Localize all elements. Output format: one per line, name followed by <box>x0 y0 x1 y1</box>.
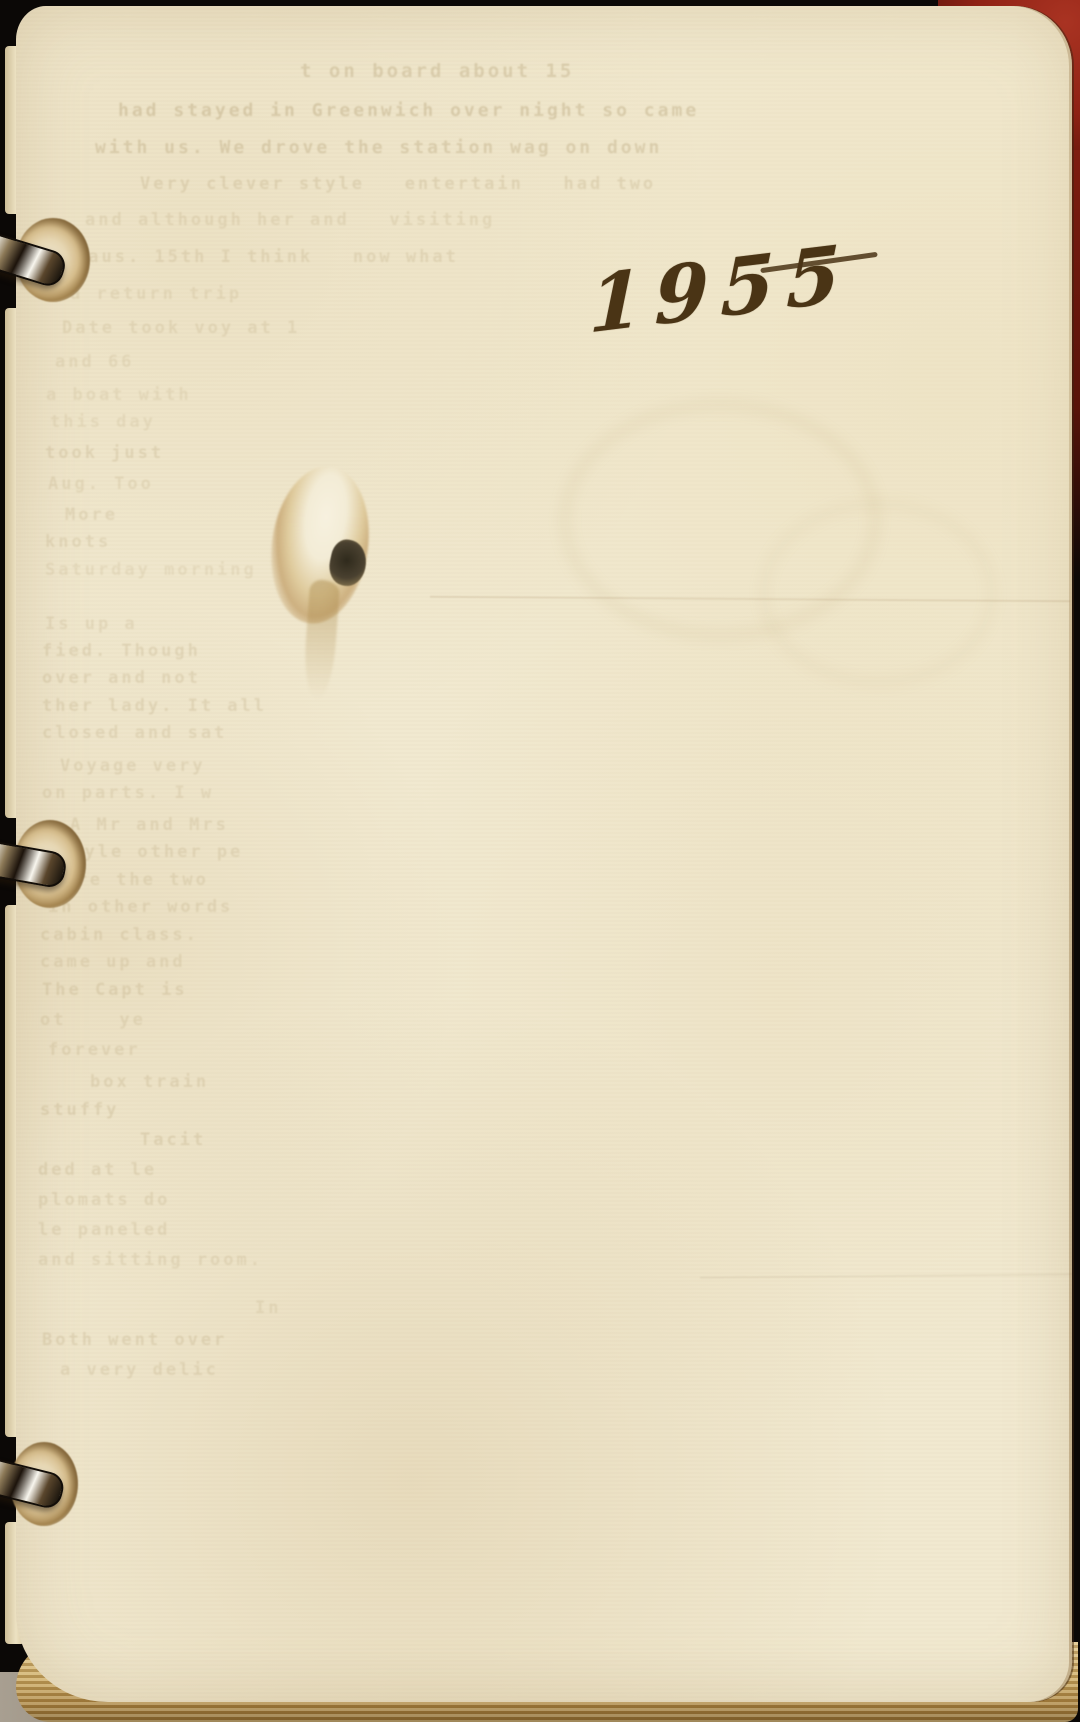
ghost-typewriter-line: More <box>65 505 118 525</box>
ghost-typewriter-line: Aug. Too <box>48 474 154 494</box>
ghost-typewriter-line: t on board about 15 <box>300 60 574 82</box>
ghost-typewriter-line: a return trip <box>70 284 242 304</box>
ghost-typewriter-line: on parts. I w <box>42 783 214 803</box>
ghost-typewriter-line: In <box>255 1298 281 1318</box>
ghost-typewriter-line: ot ye <box>40 1010 146 1030</box>
ghost-typewriter-line: ther lady. It all <box>42 696 267 716</box>
ghost-typewriter-line: Voyage very <box>60 756 206 776</box>
ghost-typewriter-line: cabin class. <box>40 925 199 945</box>
ghost-typewriter-line: came up and <box>40 952 186 972</box>
ghost-typewriter-line: ded at le <box>38 1160 157 1180</box>
ghost-typewriter-line: Both went over <box>42 1330 227 1350</box>
ghost-typewriter-line: with us. We drove the station wag on dow… <box>95 137 662 158</box>
photo-canvas: t on board about 15had stayed in Greenwi… <box>0 0 1080 1722</box>
ghost-typewriter-line: and 66 <box>55 352 134 372</box>
ghost-typewriter-line: Date took voy at 1 <box>62 318 300 338</box>
ghost-typewriter-line: haus. 15th I think now what <box>75 247 459 267</box>
water-stain-ring <box>760 500 996 686</box>
ghost-typewriter-line: forever <box>48 1040 141 1060</box>
ghost-typewriter-line: fied. Though <box>42 641 201 661</box>
ghost-typewriter-line: Tacit <box>140 1130 206 1150</box>
ghost-typewriter-line: took just <box>45 443 164 463</box>
ghost-typewriter-line: A Mr and Mrs <box>70 815 229 835</box>
ghost-typewriter-line: knots <box>45 532 111 552</box>
ghost-typewriter-line: and sitting room. <box>38 1250 263 1270</box>
ghost-typewriter-line: Is up a <box>45 614 138 634</box>
ghost-typewriter-line: and although her and visiting <box>85 210 495 230</box>
ghost-typewriter-line: a boat with <box>46 385 192 405</box>
ghost-typewriter-line: plomats do <box>38 1190 170 1210</box>
ghost-typewriter-line: box train <box>90 1072 209 1092</box>
page-inner: t on board about 15had stayed in Greenwi… <box>16 6 1072 1702</box>
notebook-page: t on board about 15had stayed in Greenwi… <box>16 6 1072 1702</box>
ghost-typewriter-line: Saturday morning <box>45 560 257 580</box>
ghost-typewriter-line: le paneled <box>38 1220 170 1240</box>
ghost-typewriter-line: a very delic <box>60 1360 219 1380</box>
ghost-typewriter-line: Very clever style entertain had two <box>140 174 656 194</box>
ghost-typewriter-line: closed and sat <box>42 723 227 743</box>
ghost-typewriter-line: this day <box>50 412 156 432</box>
ghost-typewriter-line: The Capt is <box>42 980 188 1000</box>
ghost-text-layer: t on board about 15had stayed in Greenwi… <box>16 6 1072 1702</box>
ghost-typewriter-line: had stayed in Greenwich over night so ca… <box>118 100 699 121</box>
ghost-typewriter-line: in other words <box>48 897 233 917</box>
ghost-typewriter-line: stuffy <box>40 1100 119 1120</box>
ghost-typewriter-line: over and not <box>42 668 201 688</box>
